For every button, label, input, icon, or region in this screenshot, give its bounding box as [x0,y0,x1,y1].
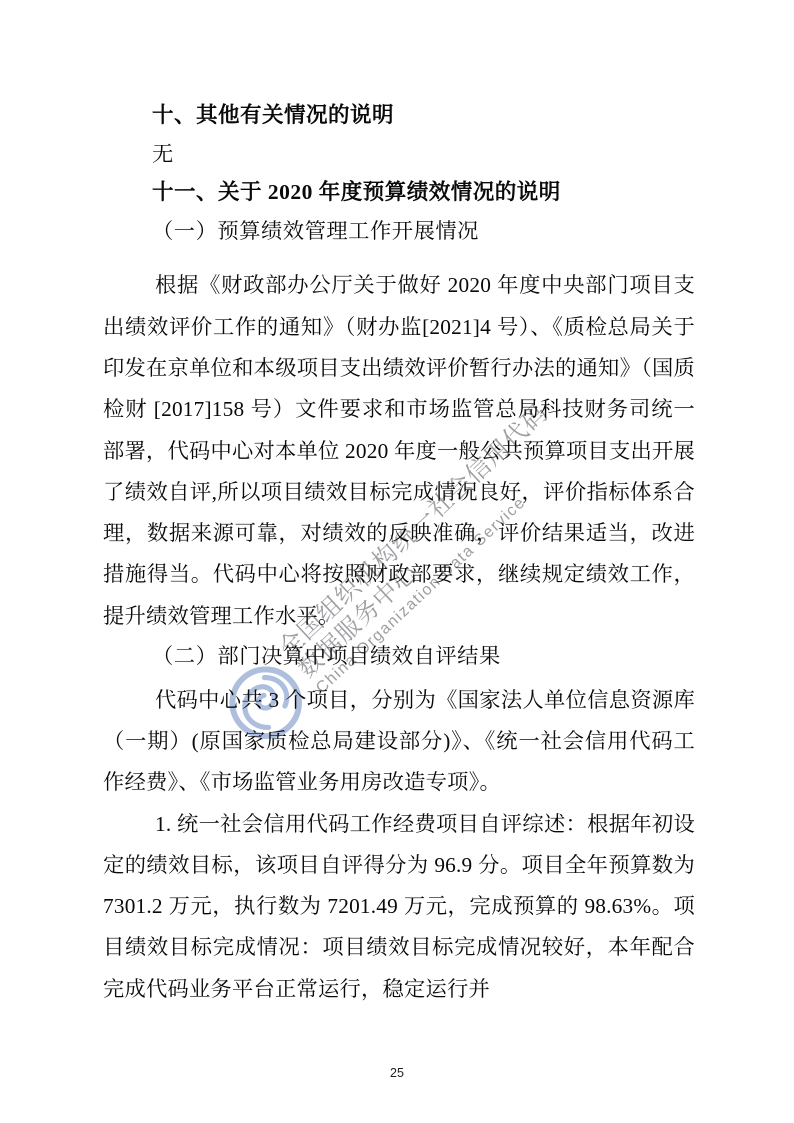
subsection-heading-1: （一）预算绩效管理工作开展情况 [103,212,695,251]
section-10-content-none: 无 [103,135,695,174]
document-body: 十、其他有关情况的说明 无 十一、关于 2020 年度预算绩效情况的说明 （一）… [103,96,695,1010]
section-heading-11: 十一、关于 2020 年度预算绩效情况的说明 [103,173,695,212]
subsection-heading-2: （二）部门决算中项目绩效自评结果 [103,637,695,676]
section-heading-10: 十、其他有关情况的说明 [103,96,695,135]
paragraph-project-1-selfreview: 1. 统一社会信用代码工作经费项目自评综述：根据年初设定的绩效目标，该项目自评得… [103,804,695,1010]
paragraph-project-list: 代码中心共 3 个项目，分别为《国家法人单位信息资源库（一期）(原国家质检总局建… [103,680,695,804]
page-number: 25 [0,1066,794,1080]
document-page: 全国组织机构统一社会信用代码 数据服务中心 China Organization… [0,0,794,1123]
paragraph-budget-performance-overview: 根据《财政部办公厅关于做好 2020 年度中央部门项目支出绩效评价工作的通知》（… [103,265,695,637]
